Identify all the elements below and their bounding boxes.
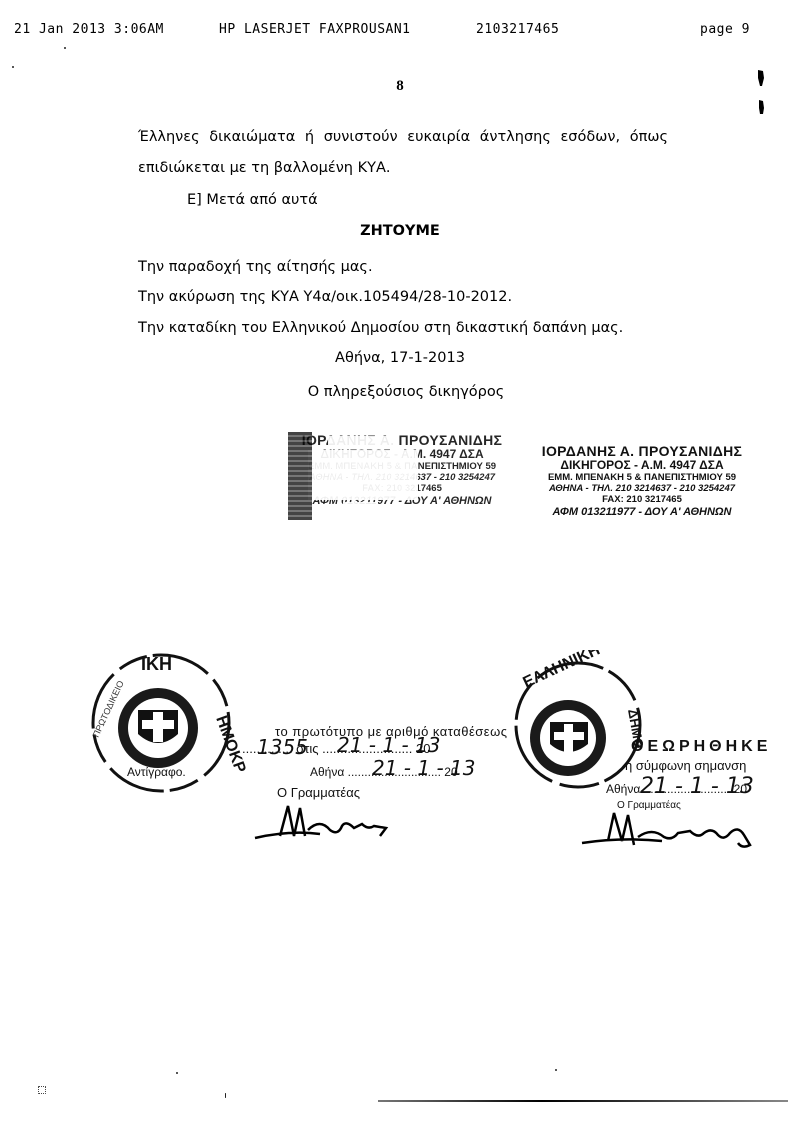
fax-page-indicator: page 9	[700, 22, 750, 37]
svg-text:ΕΛΛΗΝΙΚΗ: ΕΛΛΗΝΙΚΗ	[521, 650, 603, 692]
court-stamp-secretary: Ο Γραμματέας	[277, 785, 360, 800]
signature-left-icon	[250, 800, 430, 850]
handwritten-filing-number: 1355	[257, 735, 308, 759]
request-item: Την καταδίκη του Ελληνικού Δημοσίου στη …	[138, 320, 623, 336]
signatory-title: Ο πληρεξούσιος δικηγόρος	[0, 384, 800, 400]
stamp-fax: FAX: 210 3217465	[514, 495, 770, 506]
stamp-afm: ΑΦΜ 013211977 - ΔΟΥ Α' ΑΘΗΝΩΝ	[514, 506, 770, 519]
handwritten-date: 21 - 1 - 13	[337, 733, 441, 757]
fax-page: 21 Jan 2013 3:06AM HP LASERJET FAXPROUSA…	[0, 0, 800, 1131]
request-item: Την παραδοχή της αίτησής μας.	[138, 259, 373, 275]
signature-right-icon	[572, 805, 772, 855]
court-stamp-copy-label: Αντίγραφο.	[127, 765, 186, 779]
section-e-heading: Ε] Μετά από αυτά	[187, 192, 318, 208]
place-date: Αθήνα, 17-1-2013	[0, 350, 800, 366]
court-seal-right-icon: ΕΛΛΗΝΙΚΗ ΔΗΜΟ	[508, 650, 658, 800]
fax-scan-line	[378, 1100, 788, 1102]
handwritten-date: 21 - 1 - 13	[372, 756, 476, 780]
lawyer-stamp: ΙΟΡΔΑΝΗΣ Α. ΠΡΟΥΣΑΝΙΔΗΣ ΔΙΚΗΓΟΡΟΣ - Α.Μ.…	[514, 443, 770, 518]
requests-heading: ΖΗΤΟΥΜΕ	[0, 223, 800, 239]
fax-header: 21 Jan 2013 3:06AM HP LASERJET FAXPROUSA…	[14, 22, 750, 40]
court-stamp-certified: ΘΕΩΡΗΘΗΚΕ	[631, 738, 771, 756]
handwritten-date: 21 - 1 - 13	[640, 774, 754, 799]
request-item: Την ακύρωση της ΚΥΑ Υ4α/οικ.105494/28-10…	[138, 289, 512, 305]
body-line-1: Έλληνες δικαιώματα ή συνιστούν ευκαιρία …	[138, 129, 668, 145]
stamp-name: ΙΟΡΔΑΝΗΣ Α. ΠΡΟΥΣΑΝΙΔΗΣ	[514, 443, 770, 459]
fax-date-time: 21 Jan 2013 3:06AM	[14, 22, 164, 37]
stamp-title: ΔΙΚΗΓΟΡΟΣ - Α.Μ. 4947 ΔΣΑ	[514, 459, 770, 473]
document-page-number: 8	[0, 78, 800, 95]
court-stamp-note: η σύμφωνη σημανση	[625, 758, 746, 773]
body-line-2: επιδιώκεται με τη βαλλομένη ΚΥΑ.	[138, 160, 390, 176]
svg-text:ΙΚΗ: ΙΚΗ	[141, 654, 172, 674]
fax-phone: 2103217465	[476, 22, 559, 37]
lawyer-stamp-faded: ΙΟΡΔΑΝΗΣ Α. ΠΡΟΥΣΑΝΙΔΗΣ ΔΙΚΗΓΟΡΟΣ - Α.Μ.…	[288, 432, 516, 507]
fax-device: HP LASERJET FAXPROUSAN1	[219, 22, 411, 37]
stamp-name: ΙΟΡΔΑΝΗΣ Α. ΠΡΟΥΣΑΝΙΔΗΣ	[288, 432, 516, 448]
